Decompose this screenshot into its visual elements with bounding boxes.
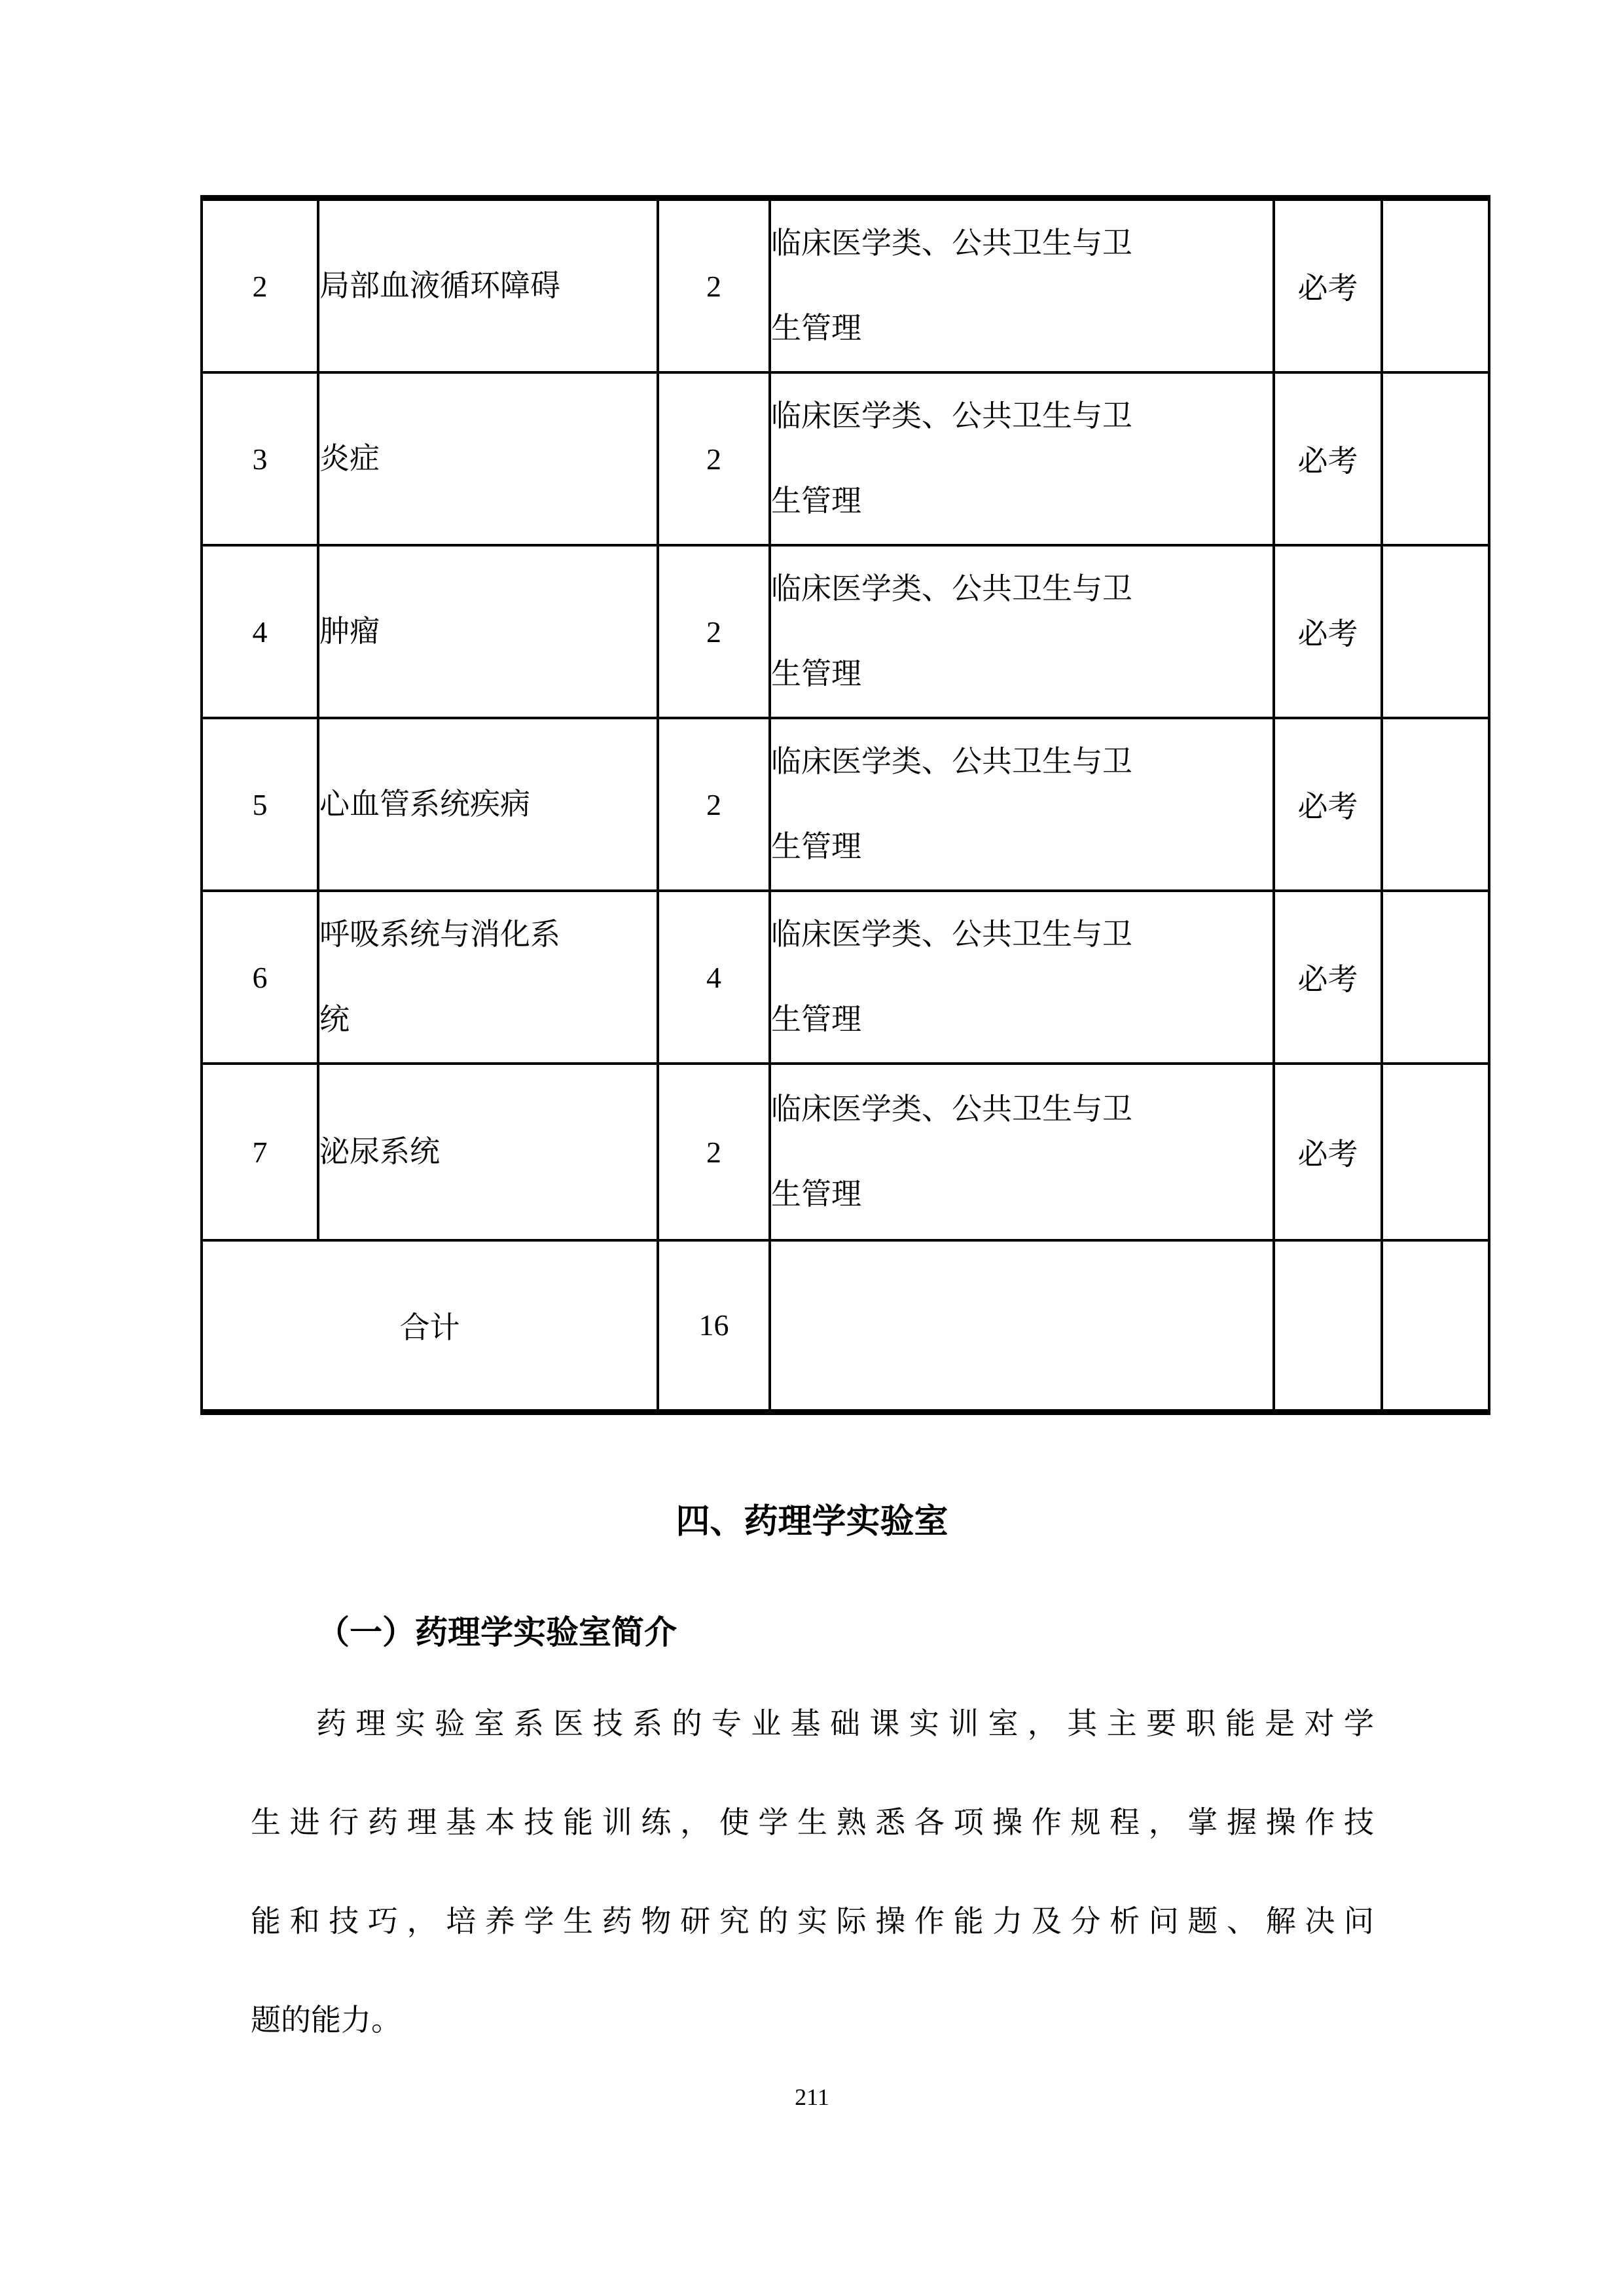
topic-cell: 肿瘤	[318, 545, 658, 718]
paragraph-line: 题的能力。	[251, 1971, 1374, 2070]
empty-cell	[1382, 1064, 1489, 1240]
majors-cell: 临床医学类、公共卫生与卫 生管理	[770, 891, 1274, 1064]
exam-cell: 必考	[1274, 545, 1382, 718]
empty-cell	[1382, 891, 1489, 1064]
table-row: 3 炎症 2 临床医学类、公共卫生与卫 生管理 必考	[202, 372, 1489, 545]
total-label-cell: 合计	[202, 1240, 658, 1412]
majors-cell	[770, 1240, 1274, 1412]
topic-cell: 炎症	[318, 372, 658, 545]
majors-cell: 临床医学类、公共卫生与卫 生管理	[770, 1064, 1274, 1240]
table-row: 7 泌尿系统 2 临床医学类、公共卫生与卫 生管理 必考	[202, 1064, 1489, 1240]
empty-cell	[1382, 718, 1489, 891]
topic-cell: 泌尿系统	[318, 1064, 658, 1240]
exam-cell: 必考	[1274, 372, 1382, 545]
paragraph-line: 药理实验室系医技系的专业基础课实训室，其主要职能是对学	[251, 1674, 1374, 1773]
row-number-cell: 2	[202, 198, 318, 373]
majors-cell: 临床医学类、公共卫生与卫 生管理	[770, 372, 1274, 545]
hours-cell: 2	[658, 198, 770, 373]
empty-cell	[1382, 1240, 1489, 1412]
paragraph-line: 能和技巧，培养学生药物研究的实际操作能力及分析问题、解决问	[251, 1872, 1374, 1971]
table-row: 6 呼吸系统与消化系 统 4 临床医学类、公共卫生与卫 生管理 必考	[202, 891, 1489, 1064]
table-row: 5 心血管系统疾病 2 临床医学类、公共卫生与卫 生管理 必考	[202, 718, 1489, 891]
row-number-cell: 6	[202, 891, 318, 1064]
row-number-cell: 7	[202, 1064, 318, 1240]
hours-cell: 2	[658, 545, 770, 718]
total-row: 合计 16	[202, 1240, 1489, 1412]
table-row: 4 肿瘤 2 临床医学类、公共卫生与卫 生管理 必考	[202, 545, 1489, 718]
total-hours-cell: 16	[658, 1240, 770, 1412]
topic-cell: 心血管系统疾病	[318, 718, 658, 891]
hours-cell: 2	[658, 718, 770, 891]
topic-cell: 局部血液循环障碍	[318, 198, 658, 373]
course-table: 2 局部血液循环障碍 2 临床医学类、公共卫生与卫 生管理 必考 3 炎症 2 …	[200, 195, 1490, 1415]
table-row: 2 局部血液循环障碍 2 临床医学类、公共卫生与卫 生管理 必考	[202, 198, 1489, 373]
paragraph-line: 生进行药理基本技能训练，使学生熟悉各项操作规程，掌握操作技	[251, 1773, 1374, 1872]
exam-cell: 必考	[1274, 198, 1382, 373]
page-number: 211	[0, 2079, 1624, 2115]
exam-cell: 必考	[1274, 1064, 1382, 1240]
majors-cell: 临床医学类、公共卫生与卫 生管理	[770, 718, 1274, 891]
document-page: 2 局部血液循环障碍 2 临床医学类、公共卫生与卫 生管理 必考 3 炎症 2 …	[0, 0, 1624, 2296]
exam-cell: 必考	[1274, 718, 1382, 891]
hours-cell: 2	[658, 1064, 770, 1240]
empty-cell	[1382, 545, 1489, 718]
subsection-heading: （一）药理学实验室简介	[317, 1609, 677, 1656]
row-number-cell: 5	[202, 718, 318, 891]
row-number-cell: 4	[202, 545, 318, 718]
empty-cell	[1382, 198, 1489, 373]
exam-cell: 必考	[1274, 891, 1382, 1064]
empty-cell	[1382, 372, 1489, 545]
topic-cell: 呼吸系统与消化系 统	[318, 891, 658, 1064]
hours-cell: 2	[658, 372, 770, 545]
hours-cell: 4	[658, 891, 770, 1064]
row-number-cell: 3	[202, 372, 318, 545]
majors-cell: 临床医学类、公共卫生与卫 生管理	[770, 545, 1274, 718]
section-heading: 四、药理学实验室	[0, 1499, 1624, 1546]
intro-paragraph: 药理实验室系医技系的专业基础课实训室，其主要职能是对学 生进行药理基本技能训练，…	[251, 1674, 1374, 2070]
exam-cell	[1274, 1240, 1382, 1412]
majors-cell: 临床医学类、公共卫生与卫 生管理	[770, 198, 1274, 373]
